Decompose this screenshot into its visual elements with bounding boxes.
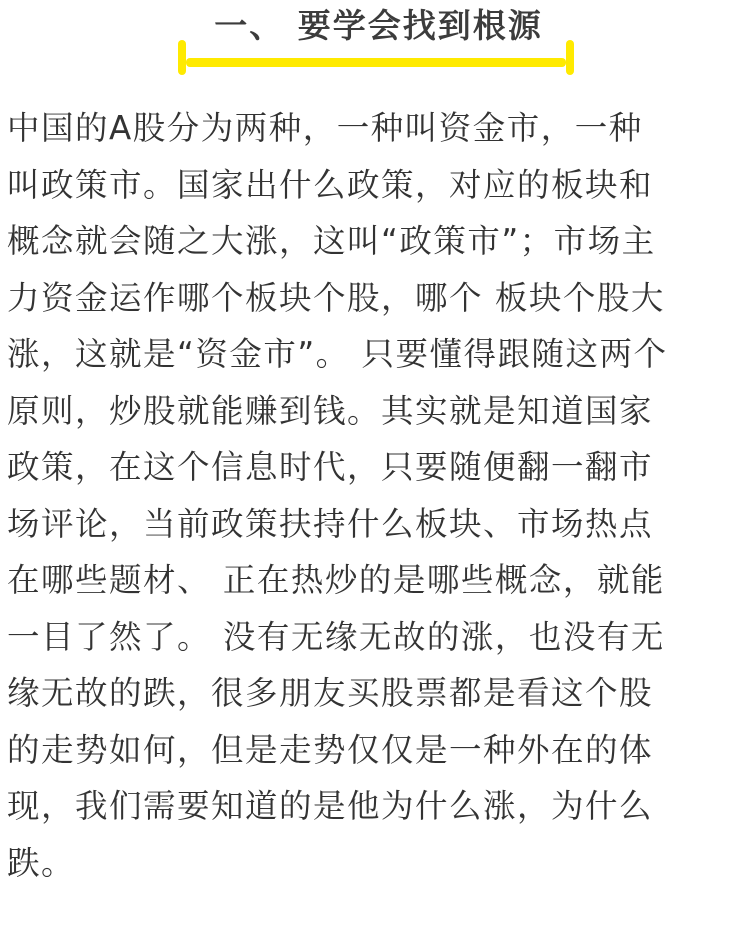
paragraph-line: 跌。 [7, 835, 747, 892]
paragraph-line: 概念就会随之大涨，这叫“政策市”；市场主 [7, 213, 747, 270]
paragraph-line: 场评论，当前政策扶持什么板块、市场热点 [7, 496, 747, 553]
paragraph-line: 的走势如何，但是走势仅仅是一种外在的体 [7, 722, 747, 779]
paragraph-line: 叫政策市。国家出什么政策，对应的板块和 [7, 157, 747, 214]
heading-bracket-right-decoration [566, 40, 574, 75]
paragraph-line: 现，我们需要知道的是他为什么涨，为什么 [7, 778, 747, 835]
heading-bracket-left-decoration [178, 40, 186, 75]
heading-underline-decoration [186, 58, 566, 67]
paragraph-line: 原则，炒股就能赚到钱。其实就是知道国家 [7, 383, 747, 440]
section-title: 一、 要学会找到根源 [0, 6, 749, 46]
paragraph-line: 力资金运作哪个板块个股，哪个 板块个股大 [7, 270, 747, 327]
paragraph-line: 缘无故的跌，很多朋友买股票都是看这个股 [7, 665, 747, 722]
paragraph-line: 在哪些题材、 正在热炒的是哪些概念，就能 [7, 552, 747, 609]
paragraph-line: 政策，在这个信息时代，只要随便翻一翻市 [7, 439, 747, 496]
section-heading: 一、 要学会找到根源 [0, 0, 749, 80]
paragraph-line: 一目了然了。 没有无缘无故的涨，也没有无 [7, 609, 747, 666]
paragraph-line: 中国的A股分为两种，一种叫资金市，一种 [7, 100, 747, 157]
article-paragraph: 中国的A股分为两种，一种叫资金市，一种 叫政策市。国家出什么政策，对应的板块和 … [7, 100, 747, 891]
paragraph-line: 涨，这就是“资金市”。 只要懂得跟随这两个 [7, 326, 747, 383]
